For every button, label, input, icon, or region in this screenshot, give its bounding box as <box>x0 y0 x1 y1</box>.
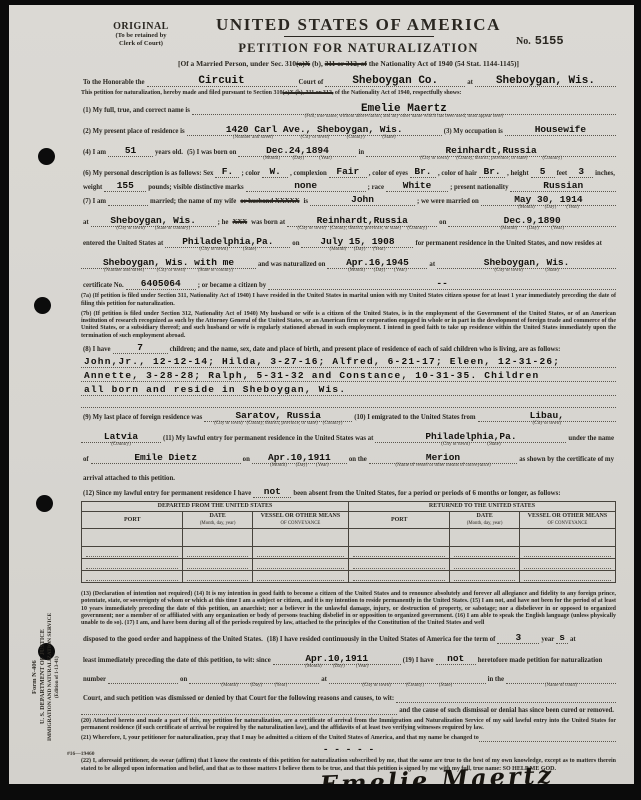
field-residence-occupation: (2) My present place of residence is 142… <box>81 125 616 136</box>
birth-place-value: Reinhardt,Russia <box>442 146 539 156</box>
children-count-value: 7 <box>134 343 146 353</box>
full-name-value: Emelie Maertz <box>358 104 450 114</box>
struck-text: or husband XXXXX <box>238 197 301 206</box>
statute-line: [Of a Married Person, under Sec. 310(a)X… <box>81 59 616 68</box>
column-header-port: PORT <box>82 512 183 529</box>
emigrated-country-value: Latvia <box>101 432 141 442</box>
field-children-count: (8) I have 7 children; and the name, sex… <box>81 343 616 354</box>
field-name-change: (21) Wherefore, I, your petitioner for n… <box>81 735 616 742</box>
marriage-place-value: Sheboygan, Wis. <box>107 216 199 226</box>
petition-number-value: 5155 <box>535 34 564 48</box>
table-row <box>82 529 616 547</box>
entry-port-value: Philadelphia,Pa. <box>422 432 519 442</box>
field-full-name: (1) My full, true, and correct name is E… <box>81 104 616 115</box>
column-header-date: DATE(Month, day, year) <box>183 512 252 529</box>
spouse-residence-value: Sheboygan, Wis. with me <box>100 258 237 268</box>
form-number-sidebar: Form N-406 U. S. DEPARTMENT OF JUSTICE I… <box>31 577 61 777</box>
emigrated-from-value: Libau, <box>527 411 567 421</box>
field-residence-term: disposed to the good order and happiness… <box>81 633 616 644</box>
court-place-field: Sheboygan, Wis. <box>475 76 616 87</box>
page-title: UNITED STATES OF AMERICA <box>201 15 516 35</box>
field-dismissal-reason: Court, and such petition was dismissed o… <box>81 694 616 703</box>
clause-7a: (7a) (If petition is filed under Section… <box>81 293 616 308</box>
column-header-vessel: VESSEL OR OTHER MEANSOF CONVEYANCE <box>519 512 615 529</box>
dotted-leader <box>396 702 616 703</box>
service-label: IMMIGRATION AND NATURALIZATION SERVICE <box>47 577 54 777</box>
dotted-leader <box>108 205 148 206</box>
distinctive-marks-value: none <box>291 181 320 191</box>
spouse-naturalization-date-value: Apr.16,1945 <box>343 258 412 268</box>
vessel-name-value: Merion <box>423 453 463 463</box>
struck-text: (a)X <box>296 59 310 68</box>
field-age-birth: (4) I am 51 years old. (5) I was born on… <box>81 146 616 157</box>
since-date-value: Apr.10,1911 <box>302 654 371 664</box>
petition-form-paper: Form N-406 U. S. DEPARTMENT OF JUSTICE I… <box>9 5 634 784</box>
children-line-3: all born and reside in Sheboygan, Wis. <box>81 385 349 395</box>
field-foreign-residence: (9) My last place of foreign residence w… <box>81 411 616 422</box>
field-marriage-1: (7) I am married; the name of my wife or… <box>81 195 616 206</box>
children-list-line: all born and reside in Sheboygan, Wis. <box>81 385 616 396</box>
term-plural-value: s <box>556 633 568 644</box>
petition-number: No. 5155 <box>516 15 616 49</box>
dotted-leader <box>108 683 178 684</box>
field-arrival-attached: arrival attached to this petition. <box>81 474 616 483</box>
scanned-petition-screenshot: { "colors": {"paper": "#d7d5d0", "ink": … <box>0 0 641 800</box>
birth-date-value: Dec.24,1894 <box>263 146 332 156</box>
court-county-value: Sheboygan Co. <box>349 76 441 86</box>
dotted-leader <box>81 399 616 408</box>
foreign-residence-value: Saratov, Russia <box>232 411 324 421</box>
field-since-date: least immediately preceding the date of … <box>81 654 616 665</box>
clauses-13-17: (13) (Declaration of intention not requi… <box>81 591 616 627</box>
nationality-value: Russian <box>540 181 586 191</box>
weight-value: 155 <box>114 181 137 191</box>
punch-hole <box>36 495 53 512</box>
height-feet-value: 5 <box>537 167 549 177</box>
dotted-leader <box>81 714 397 715</box>
color-value: W. <box>266 167 283 177</box>
table-row <box>82 547 616 559</box>
form-number-label: Form N-406 <box>31 577 39 777</box>
edition-label: (Edition of 1-13-41) <box>54 577 61 777</box>
clause-20: (20) Attached hereto and made a part of … <box>81 718 616 733</box>
punch-hole <box>38 148 55 165</box>
field-lawful-entry: Latvia (Country) (11) My lawful entry fo… <box>81 432 616 443</box>
eye-color-value: Br. <box>411 167 434 177</box>
spouse-birth-place-value: Reinhardt,Russia <box>314 216 411 226</box>
column-header-vessel: VESSEL OR OTHER MEANSOF CONVEYANCE <box>252 512 348 529</box>
height-inches-value: 3 <box>575 167 587 177</box>
spouse-name-value: John <box>348 195 377 205</box>
column-header-date: DATE(Month, day, year) <box>450 512 519 529</box>
sex-value: F. <box>219 167 236 177</box>
entry-name-value: Emile Dietz <box>131 453 200 463</box>
hair-color-value: Br. <box>481 167 504 177</box>
spouse-naturalization-place-value: Sheboygan, Wis. <box>481 258 573 268</box>
title-underline <box>284 36 434 37</box>
column-header-port: PORT <box>348 512 449 529</box>
table-row <box>82 571 616 583</box>
field-dismissal-cured: and the cause of such dismissal or denia… <box>81 706 616 715</box>
field-prior-petition-detail: number on (Month) (Day) (Year) at (City … <box>81 675 616 684</box>
struck-text: XXX <box>230 218 249 227</box>
field-description-2: weight 155 pounds; visible distinctive m… <box>81 181 616 192</box>
spouse-birth-date-value: Dec.9,1890 <box>501 216 564 226</box>
name-change-value: - - - - - <box>320 745 377 755</box>
spouse-entry-port-value: Philadelphia,Pa. <box>179 237 276 247</box>
field-certificate: certificate No. 6405064 ; or became a ci… <box>81 279 616 290</box>
age-value: 51 <box>122 146 139 156</box>
dotted-leader <box>479 741 616 742</box>
departed-header: DEPARTED FROM THE UNITED STATES <box>82 502 349 512</box>
field-marriage-4: Sheboygan, Wis. with me (Number and stre… <box>81 258 616 269</box>
entry-date-value: Apr.10,1911 <box>265 453 334 463</box>
children-line-1: John,Jr., 12-12-14; Hilda, 3-27-16; Alfr… <box>81 357 563 367</box>
certificate-number-value: 6405064 <box>138 279 184 289</box>
absent-value: not <box>261 487 284 497</box>
original-stamp: ORIGINAL (To be retained by Clerk of Cou… <box>81 15 201 47</box>
children-line-2: Annette, 3-28-28; Ralph, 5-31-32 and Con… <box>81 371 542 381</box>
name-change-value-line: - - - - - <box>81 745 616 755</box>
form-header: ORIGINAL (To be retained by Clerk of Cou… <box>81 15 616 56</box>
occupation-value: Housewife <box>532 125 589 135</box>
field-absences: (12) Since my lawful entry for permanent… <box>81 487 616 498</box>
form-title: PETITION FOR NATURALIZATION <box>201 41 516 56</box>
marriage-date-value: May 30, 1914 <box>511 195 585 205</box>
blank-dotted-line <box>81 399 616 408</box>
clause-7b: (7b) (If petition is filed under Section… <box>81 311 616 340</box>
signature-row: Emelie Maertz (Full, true, and correct s… <box>81 777 616 784</box>
field-description-1: (6) My personal description is as follow… <box>81 167 616 178</box>
court-name-field: Circuit <box>147 76 297 87</box>
field-entry-name-vessel: of Emile Dietz on Apr.10,1911 (Month) (D… <box>81 453 616 464</box>
residence-value: 1420 Carl Ave., Sheboygan, Wis. <box>223 125 406 135</box>
honorable-court-line: To the Honorable the Circuit Court of Sh… <box>81 76 616 87</box>
struck-text: (a)X (b), 311 or 312, <box>282 90 333 96</box>
returned-header: RETURNED TO THE UNITED STATES <box>348 502 615 512</box>
residence-term-value: 3 <box>513 633 525 643</box>
table-row <box>82 559 616 571</box>
citizen-by-value: -- <box>433 279 450 289</box>
court-name-value: Circuit <box>195 76 247 86</box>
court-place-value: Sheboygan, Wis. <box>493 76 598 86</box>
field-marriage-2: at Sheboygan, Wis. (City or town) (State… <box>81 216 616 227</box>
punch-hole <box>34 297 51 314</box>
department-label: U. S. DEPARTMENT OF JUSTICE <box>39 577 47 777</box>
spouse-entry-date-value: July 15, 1908 <box>317 237 397 247</box>
field-marriage-3: entered the United States at Philadelphi… <box>81 237 616 248</box>
petitioner-signature-field: Emelie Maertz (Full, true, and correct s… <box>272 777 602 784</box>
children-list-line: John,Jr., 12-12-14; Hilda, 3-27-16; Alfr… <box>81 357 616 368</box>
struck-text: 311 or 312, of <box>325 59 367 68</box>
complexion-value: Fair <box>333 167 362 177</box>
absences-table: DEPARTED FROM THE UNITED STATES RETURNED… <box>81 501 616 583</box>
prior-petition-value: not <box>444 654 467 664</box>
children-list-line: Annette, 3-28-28; Ralph, 5-31-32 and Con… <box>81 371 616 382</box>
court-county-field: Sheboygan Co. <box>325 76 465 87</box>
pursuant-line: This petition for naturalization, hereby… <box>81 90 616 97</box>
race-value: White <box>400 181 435 191</box>
